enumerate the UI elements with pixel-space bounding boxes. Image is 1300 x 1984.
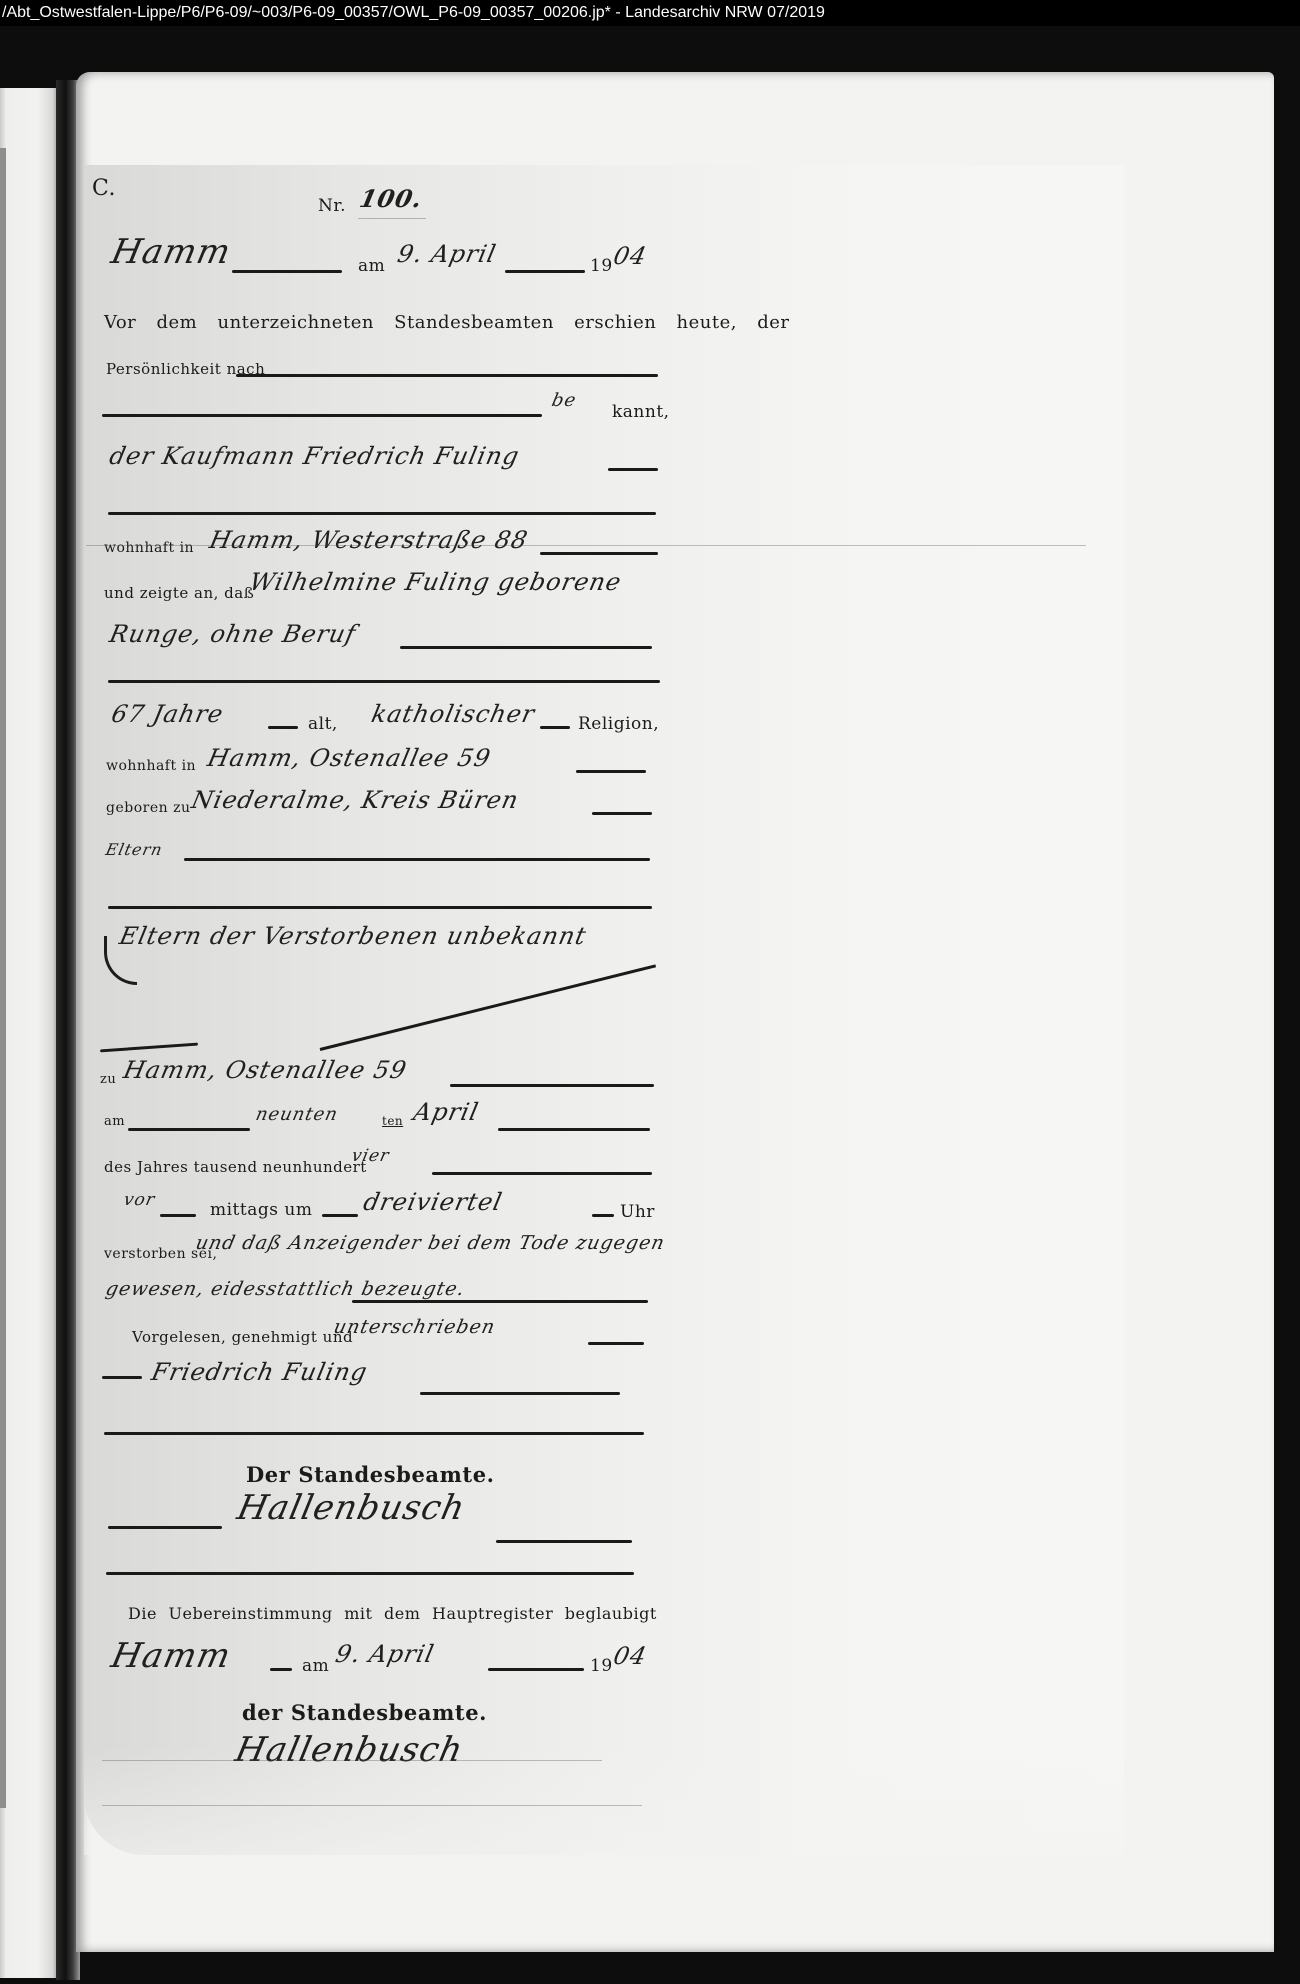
time-prefix: vor: [122, 1190, 157, 1210]
birthplace: Niederalme, Kreis Büren: [189, 786, 522, 814]
time-value: dreiviertel: [361, 1188, 505, 1216]
read-rule: [588, 1342, 644, 1345]
cert-year-prefix: 19: [590, 1656, 613, 1676]
cert-date-label: am: [302, 1656, 329, 1676]
cert-registrar-title: der Standesbeamte.: [242, 1700, 487, 1725]
deceased-name-continued: Runge, ohne Beruf: [107, 620, 359, 648]
parents-rule: [184, 858, 650, 861]
date-label: am: [358, 256, 385, 276]
died-statement: und daß Anzeigender bei dem Tode zugegen: [194, 1232, 667, 1254]
deceased-residence-label: wohnhaft in: [106, 758, 196, 774]
read-label: Vorgelesen, genehmigt und: [132, 1328, 353, 1346]
death-day: neunten: [254, 1104, 340, 1125]
faint-rule-2: [102, 1805, 642, 1806]
report-label: und zeigte an, daß: [104, 584, 254, 602]
identity-suffix: kannt,: [612, 402, 670, 422]
died-rule: [352, 1300, 648, 1303]
religion-label: Religion,: [578, 714, 659, 734]
series-letter: C.: [92, 176, 116, 201]
informant-signature: Friedrich Fuling: [149, 1358, 370, 1386]
death-place: Hamm, Ostenallee 59: [121, 1056, 409, 1084]
time-label: mittags um: [210, 1200, 312, 1220]
registrar-rule-left: [108, 1526, 222, 1529]
parents-field: Eltern: [104, 840, 165, 859]
deceased-name: Wilhelmine Fuling geborene: [247, 568, 624, 596]
registrar-signature: Hallenbusch: [234, 1488, 469, 1528]
identity-rule: [236, 374, 658, 377]
parents-note: Eltern der Verstorbenen unbekannt: [117, 922, 589, 950]
identity-suffix-handwritten: be: [550, 390, 579, 411]
cert-year-suffix: 04: [611, 1642, 649, 1670]
registration-date: 9. April: [395, 240, 499, 268]
informant-rule-2: [108, 512, 656, 515]
informant-signature-rule: [420, 1392, 620, 1395]
strike-through-line: [320, 964, 656, 1051]
strike-line-end: [100, 1043, 198, 1053]
age-label: alt,: [308, 714, 338, 734]
flourish-stroke: [104, 936, 137, 985]
deceased-rule-2: [108, 680, 660, 683]
photo-crease: [86, 545, 1086, 546]
signature-divider: [104, 1432, 644, 1435]
certification-line: Die Uebereinstimmung mit dem Hauptregist…: [128, 1604, 657, 1623]
residence-rule: [540, 552, 658, 555]
death-month-rule: [498, 1128, 650, 1131]
age-rule: [268, 726, 298, 729]
number-label: Nr.: [318, 196, 346, 216]
informant-signature-rule-left: [102, 1376, 142, 1379]
religion-value: katholischer: [369, 700, 538, 728]
read-approval: unterschrieben: [332, 1316, 498, 1338]
registrar-rule-right: [496, 1540, 632, 1543]
registrar-title: Der Standesbeamte.: [246, 1462, 495, 1487]
registry-place: Hamm: [108, 232, 235, 272]
birthplace-label: geboren zu: [106, 800, 190, 816]
year-text-label: des Jahres tausend neunhundert: [104, 1158, 367, 1176]
death-day-suffix: ten: [382, 1114, 403, 1128]
informant-residence: Hamm, Westerstraße 88: [207, 526, 531, 554]
registrar-divider: [106, 1572, 634, 1575]
entry-number: 100.: [357, 184, 426, 213]
cert-place-rule: [270, 1668, 292, 1671]
place-rule: [232, 270, 342, 273]
birthplace-rule: [592, 812, 652, 815]
cert-place: Hamm: [108, 1636, 235, 1676]
death-day-label: am: [104, 1114, 125, 1129]
deceased-residence: Hamm, Ostenallee 59: [205, 744, 493, 772]
deceased-rule: [400, 646, 652, 649]
age-value: 67 Jahre: [109, 700, 226, 728]
informant-rule: [608, 468, 658, 471]
time-value-rule: [592, 1214, 614, 1217]
date-rule: [505, 270, 585, 273]
death-month: April: [411, 1098, 481, 1126]
intro-line: Vor dem unterzeichneten Standesbeamten e…: [104, 312, 789, 333]
time-suffix: Uhr: [620, 1202, 655, 1222]
year-suffix: 04: [611, 242, 649, 270]
number-underline: [358, 218, 426, 219]
death-day-rule: [128, 1128, 250, 1131]
death-register-entry: C. Nr. 100. Hamm am 9. April 19 04 Vor d…: [0, 0, 1300, 1984]
time-rule: [322, 1214, 358, 1217]
identity-rule-2: [102, 414, 542, 417]
time-prefix-rule: [160, 1214, 196, 1217]
parents-rule-2: [108, 906, 652, 909]
deceased-residence-rule: [576, 770, 646, 773]
death-year-rule: [432, 1172, 652, 1175]
death-place-rule: [450, 1084, 654, 1087]
death-year-text: vier: [350, 1146, 391, 1166]
informant-name: der Kaufmann Friedrich Fuling: [107, 442, 522, 470]
faint-rule-1: [102, 1760, 602, 1761]
death-place-label: zu: [100, 1072, 116, 1087]
cert-registrar-signature: Hallenbusch: [232, 1730, 467, 1770]
died-statement-continued: gewesen, eidesstattlich bezeugte.: [104, 1278, 467, 1300]
religion-rule: [540, 726, 570, 729]
cert-date-rule: [488, 1668, 584, 1671]
year-prefix: 19: [590, 256, 613, 276]
residence-label: wohnhaft in: [104, 540, 194, 556]
cert-date: 9. April: [333, 1640, 437, 1668]
